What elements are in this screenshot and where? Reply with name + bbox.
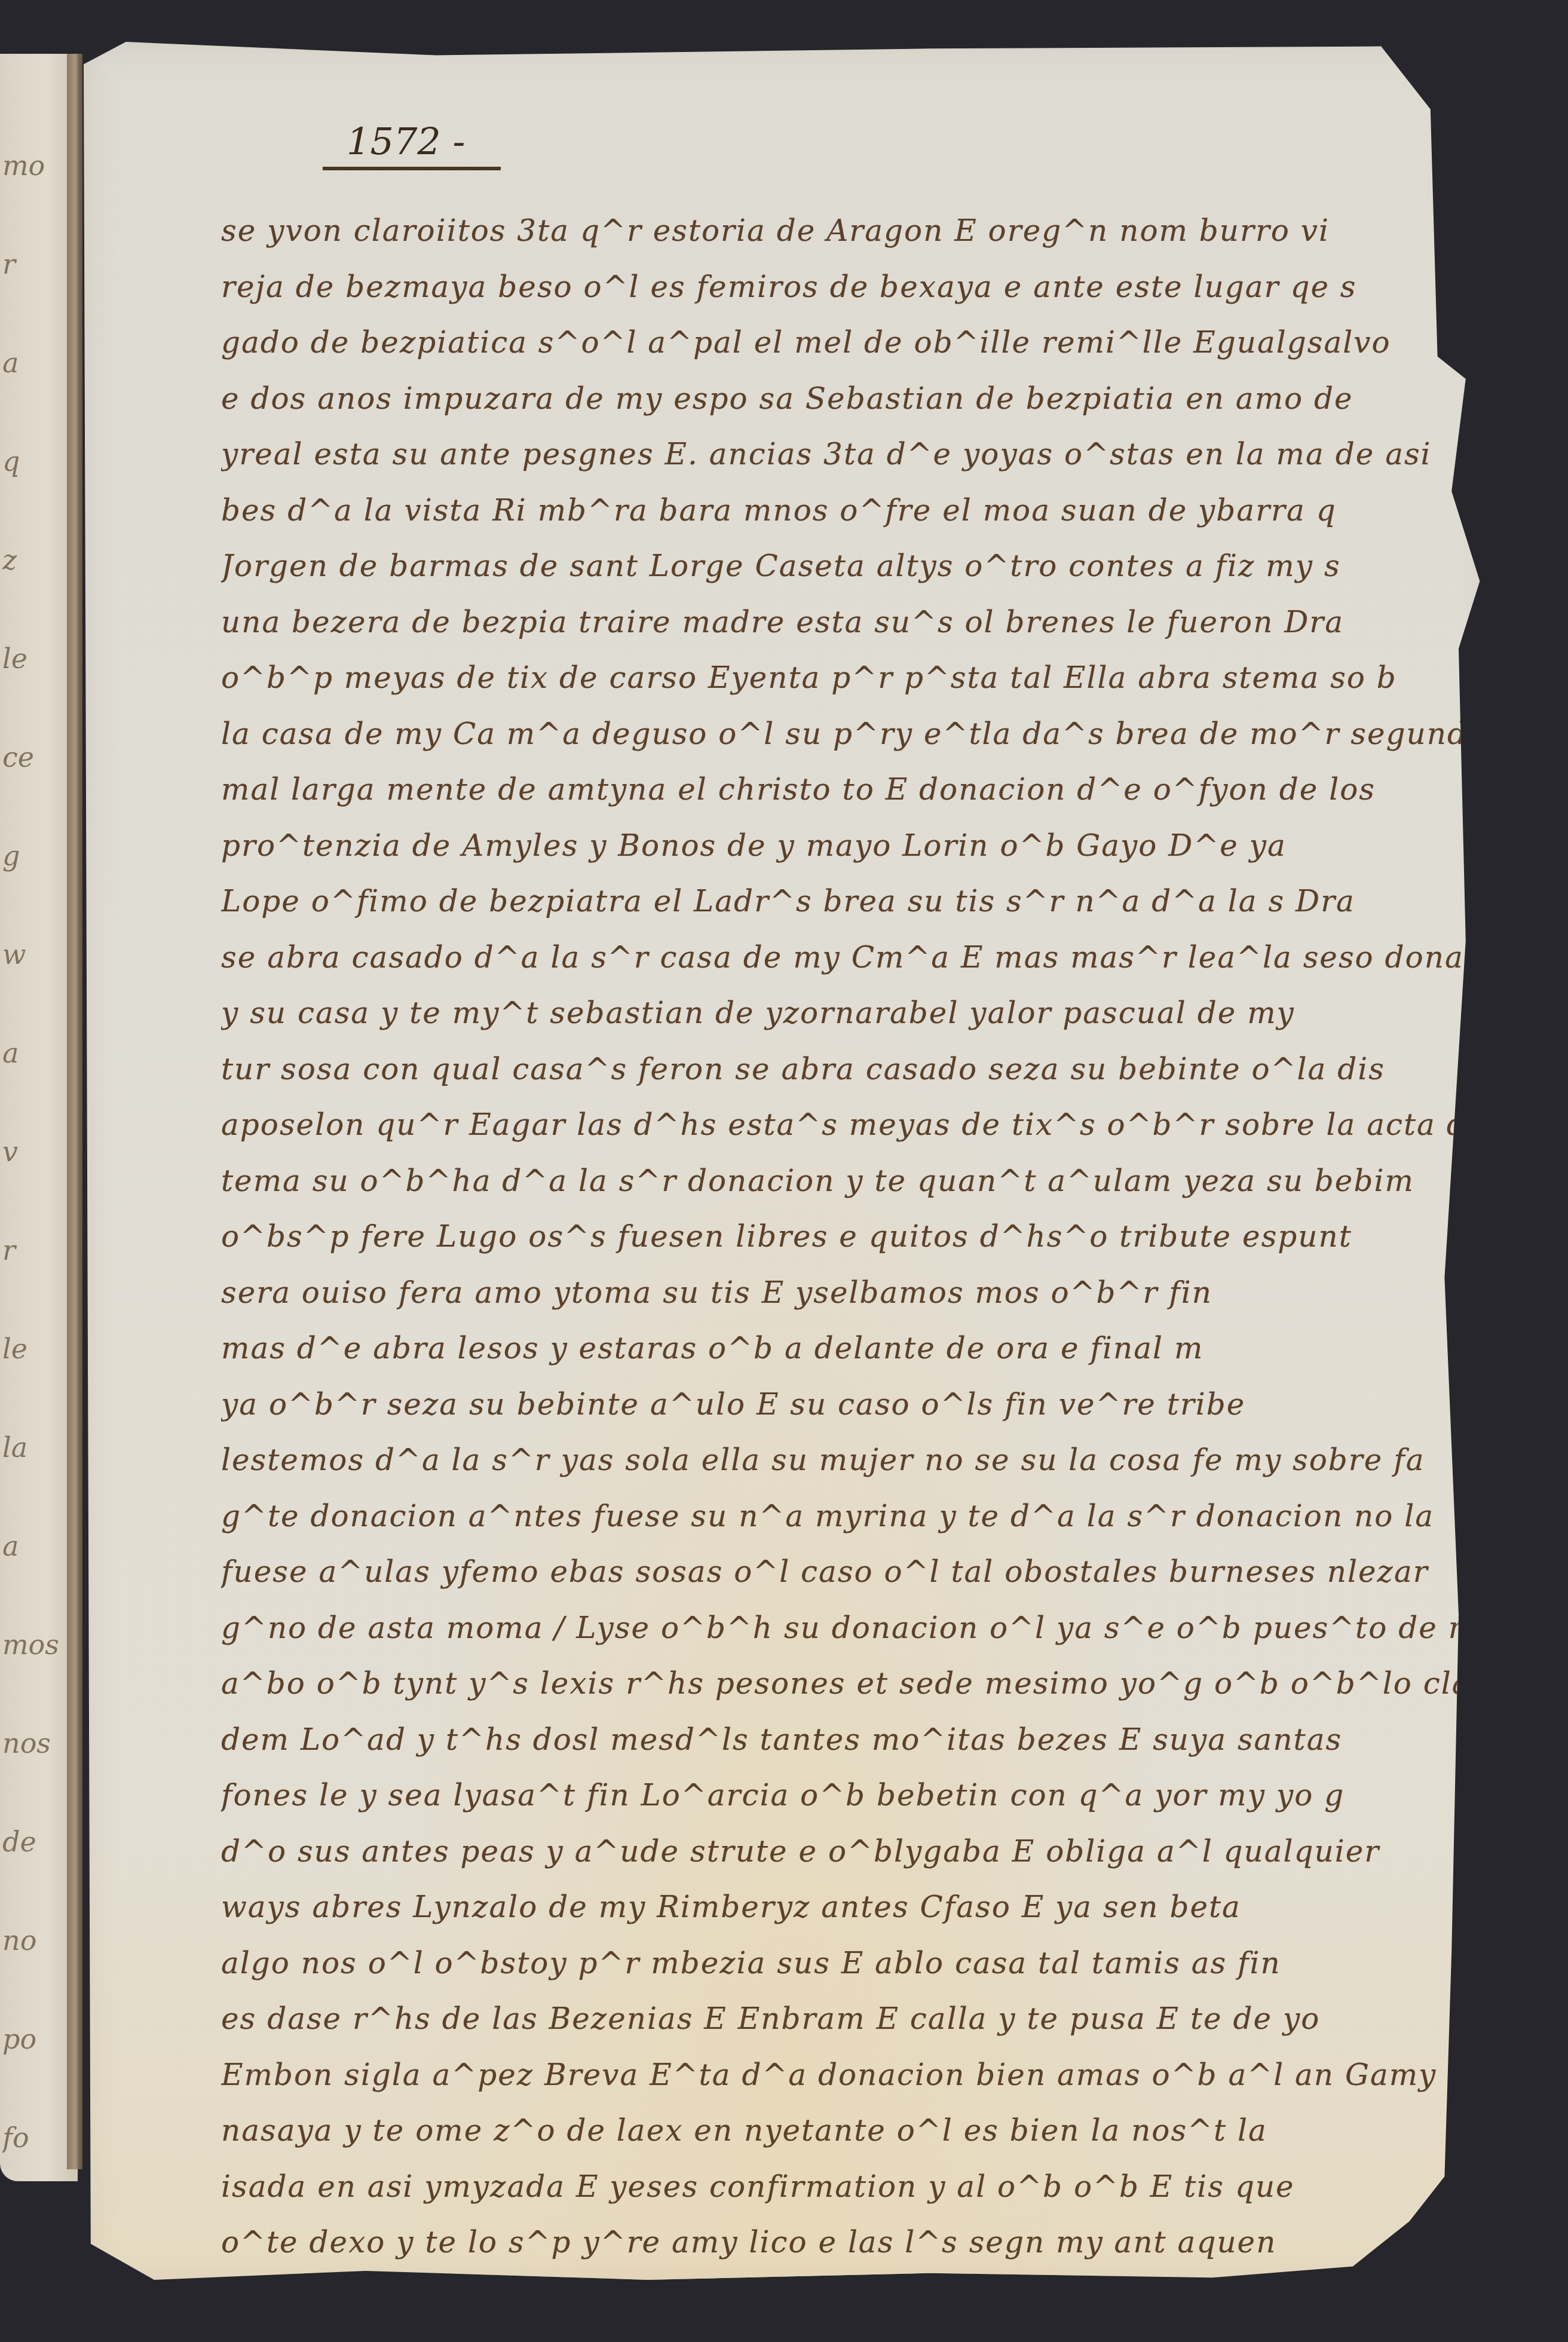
manuscript-line: g^no de asta moma / Lyse o^b^h su donaci… (221, 1600, 1536, 1657)
manuscript-line: e dos anos impuzara de my espo sa Sebast… (221, 371, 1536, 427)
manuscript-line: sera ouiso fera amo ytoma su tis E yselb… (221, 1265, 1536, 1321)
manuscript-line: Jorgen de barmas de sant Lorge Caseta al… (221, 538, 1536, 595)
facing-page-fragment: r (2, 1234, 74, 1266)
manuscript-line: a^bo o^b tynt y^s lexis r^hs pesones et … (221, 1656, 1536, 1712)
manuscript-line: ya o^b^r seza su bebinte a^ulo E su caso… (221, 1377, 1536, 1433)
manuscript-line: pro^tenzia de Amyles y Bonos de y mayo L… (221, 818, 1536, 874)
manuscript-line: o^bs^p fere Lugo os^s fuesen libres e qu… (221, 1209, 1536, 1265)
manuscript-page: 1572 - 3 se yvon claroiitos 3ta q^r esto… (84, 42, 1494, 2289)
manuscript-line: fuese a^ulas yfemo ebas sosas o^l caso o… (221, 1544, 1536, 1600)
manuscript-line: bes d^a la vista Ri mb^ra bara mnos o^fr… (221, 483, 1536, 539)
facing-page-fragment: a (2, 347, 74, 379)
year-heading: 1572 - (323, 120, 501, 170)
manuscript-line: se abra casado d^a la s^r casa de my Cm^… (221, 930, 1536, 986)
facing-page-fragment: a (2, 1037, 74, 1069)
manuscript-text: se yvon claroiitos 3ta q^r estoria de Ar… (221, 203, 1536, 2326)
facing-page-fragment: nos (2, 1727, 74, 1759)
facing-page-fragment: w (2, 938, 74, 971)
facing-page-fragment: po (2, 2023, 74, 2055)
manuscript-line: mas d^e abra lesos y estaras o^b a delan… (221, 1321, 1536, 1377)
manuscript-line: es dase r^hs de las Bezenias E Enbram E … (221, 1991, 1536, 2047)
manuscript-line: o^b^p meyas de tix de carso Eyenta p^r p… (221, 650, 1536, 706)
manuscript-line: fones le y sea lyasa^t fin Lo^arcia o^b … (221, 1768, 1536, 1824)
facing-page-fragment: la (2, 1431, 74, 1464)
manuscript-line: o^te dexo y te lo s^p y^re amy lico e la… (221, 2215, 1536, 2271)
manuscript-line: aquo z Lse E su amy ling fuese yezo ama … (221, 2271, 1536, 2327)
manuscript-line: nasaya y te ome z^o de laex en nyetante … (221, 2103, 1536, 2159)
facing-page-fragment: no (2, 1924, 74, 1957)
facing-page-edge: moraqzlecegwavrlelaamosnosdenopofo (0, 54, 78, 2181)
manuscript-line: isada en asi ymyzada E yeses confirmatio… (221, 2159, 1536, 2215)
facing-page-fragment: r (2, 248, 74, 280)
manuscript-line: lestemos d^a la s^r yas sola ella su muj… (221, 1432, 1536, 1489)
manuscript-line: aposelon qu^r Eagar las d^hs esta^s meya… (221, 1097, 1536, 1153)
manuscript-line: ways abres Lynzalo de my Rimberyz antes … (221, 1879, 1536, 1936)
manuscript-line: tur sosa con qual casa^s feron se abra c… (221, 1042, 1536, 1098)
facing-page-fragment: z (2, 544, 74, 576)
manuscript-line: mal larga mente de amtyna el christo to … (221, 762, 1536, 818)
manuscript-line: y su casa y te my^t sebastian de yzornar… (221, 985, 1536, 1042)
facing-page-fragment: a (2, 1530, 74, 1562)
manuscript-line: g^te donacion a^ntes fuese su n^a myrina… (221, 1489, 1536, 1545)
manuscript-line: la casa de my Ca m^a deguso o^l su p^ry … (221, 706, 1536, 763)
manuscript-line: gado de bezpiatica s^o^l a^pal el mel de… (221, 315, 1536, 371)
folio-number: 3 (1500, 161, 1519, 196)
manuscript-line: Embon sigla a^pez Breva E^ta d^a donacio… (221, 2047, 1536, 2104)
facing-page-fragment: fo (2, 2121, 74, 2154)
facing-page-fragment: q (2, 445, 74, 477)
manuscript-line: yreal esta su ante pesgnes E. ancias 3ta… (221, 427, 1536, 483)
manuscript-line: reja de bezmaya beso o^l es femiros de b… (221, 259, 1536, 316)
facing-page-fragment: g (2, 840, 74, 872)
manuscript-line: dem Lo^ad y t^hs dosl mesd^ls tantes mo^… (221, 1712, 1536, 1768)
facing-page-fragment: le (2, 642, 74, 675)
facing-page-fragment: le (2, 1333, 74, 1365)
facing-page-fragment: mo (2, 149, 74, 182)
manuscript-line: Lope o^fimo de bezpiatra el Ladr^s brea … (221, 874, 1536, 930)
manuscript-line: una bezera de bezpia traire madre esta s… (221, 595, 1536, 651)
facing-page-fragment: mos (2, 1628, 74, 1661)
facing-page-fragment: ce (2, 741, 74, 773)
binding-stitches (67, 54, 82, 2169)
manuscript-line: tema su o^b^ha d^a la s^r donacion y te … (221, 1153, 1536, 1210)
manuscript-line: algo nos o^l o^bstoy p^r mbezia sus E ab… (221, 1936, 1536, 1992)
manuscript-line: d^o sus antes peas y a^ude strute e o^bl… (221, 1824, 1536, 1880)
facing-page-fragment: de (2, 1826, 74, 1858)
manuscript-line: se yvon claroiitos 3ta q^r estoria de Ar… (221, 203, 1536, 259)
facing-page-fragment: v (2, 1135, 74, 1168)
